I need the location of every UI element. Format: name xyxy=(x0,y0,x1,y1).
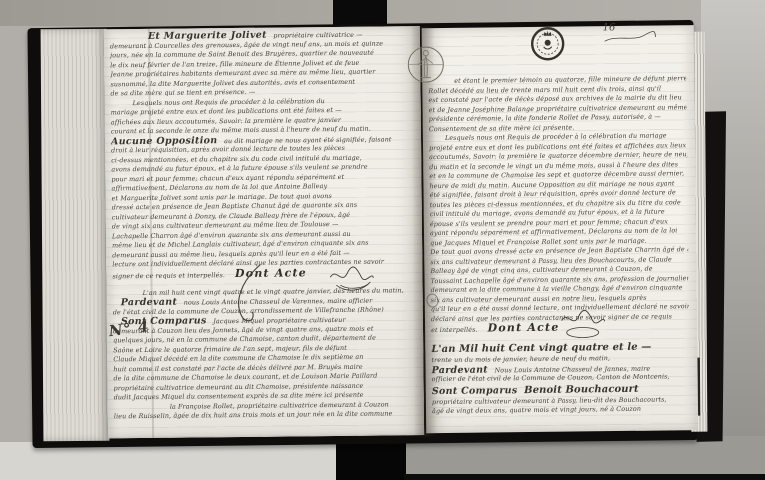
left-page: Et Marguerite Jolivet propriétaire culti… xyxy=(104,26,424,438)
script-line: lieu de Ruisselin, âgée de dix huit ans … xyxy=(114,409,414,422)
embossed-figure-stamp-icon xyxy=(406,44,446,88)
right-page-manuscript-text: et étant le premier témoin au quatorze, … xyxy=(428,74,690,429)
scanned-register-spread: Et Marguerite Jolivet propriétaire culti… xyxy=(0,0,765,480)
open-register-book: Et Marguerite Jolivet propriétaire culti… xyxy=(29,20,708,449)
script-line: âgé de vingt deux ans, quatre mois et vi… xyxy=(432,404,690,416)
backdrop-black-strip-bottom xyxy=(404,474,765,480)
signature-paraph-icon xyxy=(559,306,607,344)
left-page-manuscript-text: Et Marguerite Jolivet propriétaire culti… xyxy=(110,29,414,432)
paraph-flourish-icon xyxy=(228,264,264,330)
crowned-ink-stamp-icon xyxy=(530,26,566,66)
page-stack-edge-left xyxy=(41,29,110,441)
right-page: et étant le premier témoin au quatorze, … xyxy=(422,25,699,433)
signature-paraph-icon xyxy=(328,263,376,297)
page-number-value: 16 xyxy=(603,22,616,33)
page-number: 16 xyxy=(603,22,663,43)
